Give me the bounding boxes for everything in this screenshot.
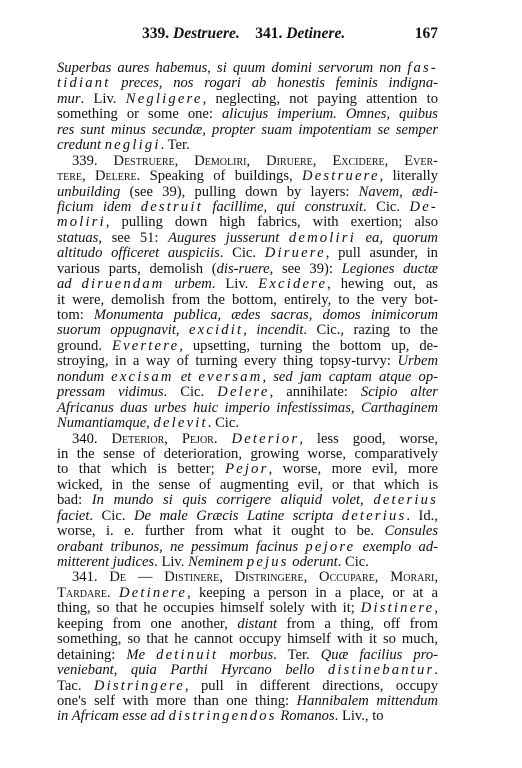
italic-quote: statuas: [57, 230, 98, 246]
italic-quote: in Africam esse ad: [57, 708, 169, 724]
text-run: 339.: [72, 153, 114, 169]
entry-end-word: Detinere.: [286, 25, 345, 42]
text-run: [218, 431, 232, 447]
text-run: ,: [434, 600, 438, 616]
text-line: ad diruendam urbem. Liv. Excidere, hewin…: [57, 277, 438, 292]
entry-end-number: 341.: [255, 25, 282, 42]
text-run: , pull asunder, in: [326, 245, 438, 261]
text-run: . Cic.: [208, 415, 239, 431]
text-run: , less good, worse,: [299, 431, 438, 447]
italic-quote: nondum: [57, 369, 111, 385]
spaced-term: destruit: [141, 199, 203, 215]
small-caps-heading: Destruere, Demoliri, Diruere, Excidere, …: [114, 153, 438, 169]
spaced-term: moliri: [57, 214, 106, 230]
small-caps-heading: De — Distinere, Distringere, Occupare, M…: [109, 569, 438, 585]
text-run: . Cic.: [363, 199, 409, 215]
text-run: , annihilate:: [270, 384, 361, 400]
text-line: various parts, demolish (dis-ruere, see …: [57, 262, 438, 277]
text-line: ficium idem destruit facillime, qui cons…: [57, 200, 438, 215]
text-run: stroying, in a way of turning every thin…: [57, 353, 397, 369]
italic-quote: mur: [57, 91, 81, 107]
text-run: . Cic.: [220, 245, 265, 261]
italic-quote: Numantiamque,: [57, 415, 153, 431]
text-run: it were, demolish from the bottom, entir…: [57, 292, 438, 308]
text-run: ground.: [57, 338, 112, 354]
italic-quote: ea, quorum: [356, 230, 438, 246]
text-run: . Ter.: [161, 137, 190, 153]
text-run: . Liv.: [81, 91, 126, 107]
italic-quote: et: [174, 369, 199, 385]
text-run: , hewing out, as: [327, 276, 438, 292]
text-run: , see 39):: [270, 261, 342, 277]
text-run: keeping from one another,: [57, 616, 237, 632]
italic-quote: exemplo ad-: [355, 539, 438, 555]
spaced-term: diruendam: [82, 276, 165, 292]
italic-quote: urbem: [165, 276, 212, 292]
text-run: in the sense of deterioration, growing w…: [57, 446, 438, 462]
italic-quote: Superbas aures habemus, si quum domini s…: [57, 60, 407, 76]
italic-quote: faciet: [57, 508, 89, 524]
text-run: . Cic.: [164, 384, 218, 400]
text-line: it were, demolish from the bottom, entir…: [57, 293, 438, 308]
text-run: . Cic., razing to the: [303, 322, 438, 338]
text-line: worse, i. e. further from what it ought …: [57, 524, 438, 539]
text-run: , neglecting, not paying attention to: [203, 91, 438, 107]
italic-quote: Navem, ædi-: [359, 184, 438, 200]
italic-quote: Monumenta publica, ædes sacras, domos in…: [94, 307, 438, 323]
italic-quote: , sed jam captam atque op-: [262, 369, 438, 385]
text-run: Tac.: [57, 678, 94, 694]
spaced-term: Deterior: [231, 431, 299, 447]
spaced-term: pejus: [247, 554, 289, 570]
text-run: various parts, demolish (: [57, 261, 217, 277]
text-line: altitudo officeret auspiciis. Cic. Dirue…: [57, 246, 438, 261]
spaced-term: eversam: [198, 369, 262, 385]
spaced-term: demoliri: [289, 230, 356, 246]
small-caps-heading: tere, Delere.: [57, 168, 140, 184]
text-run: tom:: [57, 307, 94, 323]
italic-quote: Romanos: [277, 708, 335, 724]
text-run: to that which is better;: [57, 461, 225, 477]
text-line: stroying, in a way of turning every thin…: [57, 354, 438, 369]
italic-quote: Urbem: [397, 353, 438, 369]
text-line: mur. Liv. Negligere, neglecting, not pay…: [57, 92, 438, 107]
italic-quote: pressam vidimus: [57, 384, 164, 400]
text-line: to that which is better; Pejor, worse, m…: [57, 462, 438, 477]
text-run: something, so that he cannot occupy hims…: [57, 631, 438, 647]
italic-quote: Legiones ductæ: [342, 261, 438, 277]
italic-quote: Africanus duas urbes huic imperio infest…: [57, 400, 438, 416]
text-run: one's self with more than one thing:: [57, 693, 297, 709]
text-line: unbuilding (see 39), pulling down by lay…: [57, 185, 438, 200]
spaced-term: delevit: [153, 415, 207, 431]
text-run: worse, i. e. further from what it ought …: [57, 523, 384, 539]
text-run: something or some one:: [57, 106, 222, 122]
italic-quote: Quæ facilius pro-: [321, 647, 438, 663]
italic-quote: res sunt minus secundæ, propter suam imp…: [57, 122, 438, 138]
text-line: credunt negligi. Ter.: [57, 138, 438, 153]
italic-quote: In mundo si quis corrigere aliquid volet…: [92, 492, 374, 508]
text-line: tere, Delere. Speaking of buildings, Des…: [57, 169, 438, 184]
italic-quote: , incendit: [243, 322, 303, 338]
italic-quote: ficium idem: [57, 199, 141, 215]
spaced-term: pejore: [305, 539, 355, 555]
spaced-term: Excidere: [258, 276, 327, 292]
italic-quote: dis-ruere: [217, 261, 270, 277]
text-run: from a thing, off from: [277, 616, 438, 632]
spaced-term: De-: [410, 199, 438, 215]
text-line: 339. Destruere, Demoliri, Diruere, Excid…: [57, 154, 438, 169]
text-run: 341.: [72, 569, 109, 585]
text-run: , pull in different directions, occupy: [185, 678, 438, 694]
spaced-term: Negligere: [126, 91, 203, 107]
entry-start-number: 339.: [142, 25, 169, 42]
spaced-term: tidiant: [57, 75, 111, 91]
text-line: Tac. Distringere, pull in different dire…: [57, 679, 438, 694]
spaced-term: Distringere: [94, 678, 185, 694]
text-line: moliri, pulling down high fabrics, with …: [57, 215, 438, 230]
text-line: tom: Monumenta publica, ædes sacras, dom…: [57, 308, 438, 323]
text-run: thing, so that he occupies himself solel…: [57, 600, 361, 616]
text-run: .: [434, 662, 438, 678]
italic-quote: credunt: [57, 137, 105, 153]
italic-quote: De male Græcis Latine scripta: [134, 508, 342, 524]
italic-quote: preces, nos rogari ab honestis feminis i…: [111, 75, 438, 91]
running-head-entries: 339. Destruere. 341. Detinere.: [142, 25, 345, 43]
text-line: wicked, in the sense of augmenting evil,…: [57, 478, 438, 493]
text-run: , upsetting, turning the bottom up, de-: [179, 338, 438, 354]
text-line: pressam vidimus. Cic. Delere, annihilate…: [57, 385, 438, 400]
text-run: . Id.,: [406, 508, 438, 524]
spaced-term: deterius: [342, 508, 407, 524]
text-line: Tardare. Detinere, keeping a person in a…: [57, 586, 438, 601]
text-run: . Liv.: [154, 554, 188, 570]
spaced-term: excisam: [111, 369, 173, 385]
text-run: bad:: [57, 492, 92, 508]
italic-quote: unbuilding: [57, 184, 120, 200]
text-line: ground. Evertere, upsetting, turning the…: [57, 339, 438, 354]
text-run: , see 51:: [98, 230, 168, 246]
text-line: Africanus duas urbes huic imperio infest…: [57, 401, 438, 416]
italic-quote: altitudo officeret auspiciis: [57, 245, 220, 261]
italic-quote: Neminem: [188, 554, 247, 570]
italic-quote: Augures jusserunt: [168, 230, 289, 246]
text-line: keeping from one another, distant from a…: [57, 617, 438, 632]
text-run: . Ter.: [273, 647, 321, 663]
italic-quote: Consules: [384, 523, 438, 539]
text-run: wicked, in the sense of augmenting evil,…: [57, 477, 438, 493]
text-run: 340.: [72, 431, 111, 447]
italic-quote: morbus: [218, 647, 273, 663]
spaced-term: Evertere: [112, 338, 179, 354]
spaced-term: Detinere: [119, 585, 187, 601]
text-run: , keeping a person in a place, or at a: [187, 585, 438, 601]
text-run: . Liv., to: [335, 708, 384, 724]
italic-quote: Scipio alter: [361, 384, 438, 400]
spaced-term: excidit: [189, 322, 243, 338]
text-run: (see 39), pulling down by layers:: [120, 184, 358, 200]
text-run: . Cic.: [89, 508, 134, 524]
text-line: in Africam esse ad distringendos Romanos…: [57, 709, 438, 724]
text-line: orabant tribunos, ne pessimum facinus pe…: [57, 540, 438, 555]
text-line: statuas, see 51: Augures jusserunt demol…: [57, 231, 438, 246]
text-line: something, so that he cannot occupy hims…: [57, 632, 438, 647]
text-line: suorum oppugnavit, excidit, incendit. Ci…: [57, 323, 438, 338]
spaced-term: Pejor: [225, 461, 268, 477]
text-run: detaining:: [57, 647, 126, 663]
entry-start-word: Destruere.: [173, 25, 240, 42]
text-run: . Cic.: [338, 554, 369, 570]
text-line: 341. De — Distinere, Distringere, Occupa…: [57, 570, 438, 585]
italic-quote: Hannibalem mittendum: [297, 693, 438, 709]
text-line: thing, so that he occupies himself solel…: [57, 601, 438, 616]
text-line: in the sense of deterioration, growing w…: [57, 447, 438, 462]
text-line: Superbas aures habemus, si quum domini s…: [57, 61, 438, 76]
page-number: 167: [415, 25, 438, 43]
italic-quote: suorum oppugnavit,: [57, 322, 189, 338]
text-line: detaining: Me detinuit morbus. Ter. Quæ …: [57, 648, 438, 663]
text-line: res sunt minus secundæ, propter suam imp…: [57, 123, 438, 138]
spaced-term: deterius: [373, 492, 438, 508]
italic-quote: alicujus imperium. Omnes, quibus: [222, 106, 438, 122]
text-line: faciet. Cic. De male Græcis Latine scrip…: [57, 509, 438, 524]
text-run: Speaking of buildings,: [140, 168, 302, 184]
spaced-term: Diruere: [265, 245, 326, 261]
italic-quote: mitterent judices: [57, 554, 154, 570]
text-run: , worse, more evil, more: [269, 461, 438, 477]
small-caps-heading: Deterior, Pejor.: [111, 431, 217, 447]
italic-quote: distant: [237, 616, 277, 632]
spaced-term: distringendos: [169, 708, 277, 724]
text-line: nondum excisam et eversam, sed jam capta…: [57, 370, 438, 385]
spaced-term: distinebantur: [328, 662, 434, 678]
spaced-term: negligi: [105, 137, 161, 153]
text-line: Numantiamque, delevit. Cic.: [57, 416, 438, 431]
text-line: tidiant preces, nos rogari ab honestis f…: [57, 76, 438, 91]
text-line: one's self with more than one thing: Han…: [57, 694, 438, 709]
spaced-term: Destruere: [302, 168, 380, 184]
spaced-term: Distinere: [361, 600, 435, 616]
text-run: . Liv.: [212, 276, 258, 292]
spaced-term: Delere: [217, 384, 269, 400]
page-body-text: Superbas aures habemus, si quum domini s…: [57, 61, 438, 725]
italic-quote: oderunt: [289, 554, 338, 570]
text-run: [111, 585, 119, 601]
text-line: bad: In mundo si quis corrigere aliquid …: [57, 493, 438, 508]
text-line: something or some one: alicujus imperium…: [57, 107, 438, 122]
text-run: , pulling down high fabrics, with exerti…: [106, 214, 438, 230]
italic-quote: facillime, qui construxit: [203, 199, 363, 215]
text-line: 340. Deterior, Pejor. Deterior, less goo…: [57, 432, 438, 447]
text-run: , literally: [380, 168, 438, 184]
italic-quote: ad: [57, 276, 82, 292]
small-caps-heading: Tardare.: [57, 585, 111, 601]
italic-quote: veniebant, quia Parthi Hyrcano bello: [57, 662, 328, 678]
italic-quote: orabant tribunos, ne pessimum facinus: [57, 539, 305, 555]
italic-quote: Me: [126, 647, 156, 663]
text-line: veniebant, quia Parthi Hyrcano bello dis…: [57, 663, 438, 678]
spaced-term: detinuit: [156, 647, 218, 663]
text-line: mitterent judices. Liv. Neminem pejus od…: [57, 555, 438, 570]
spaced-term: fas-: [407, 60, 438, 76]
running-head: 339. Destruere. 341. Detinere. 167: [57, 25, 438, 45]
